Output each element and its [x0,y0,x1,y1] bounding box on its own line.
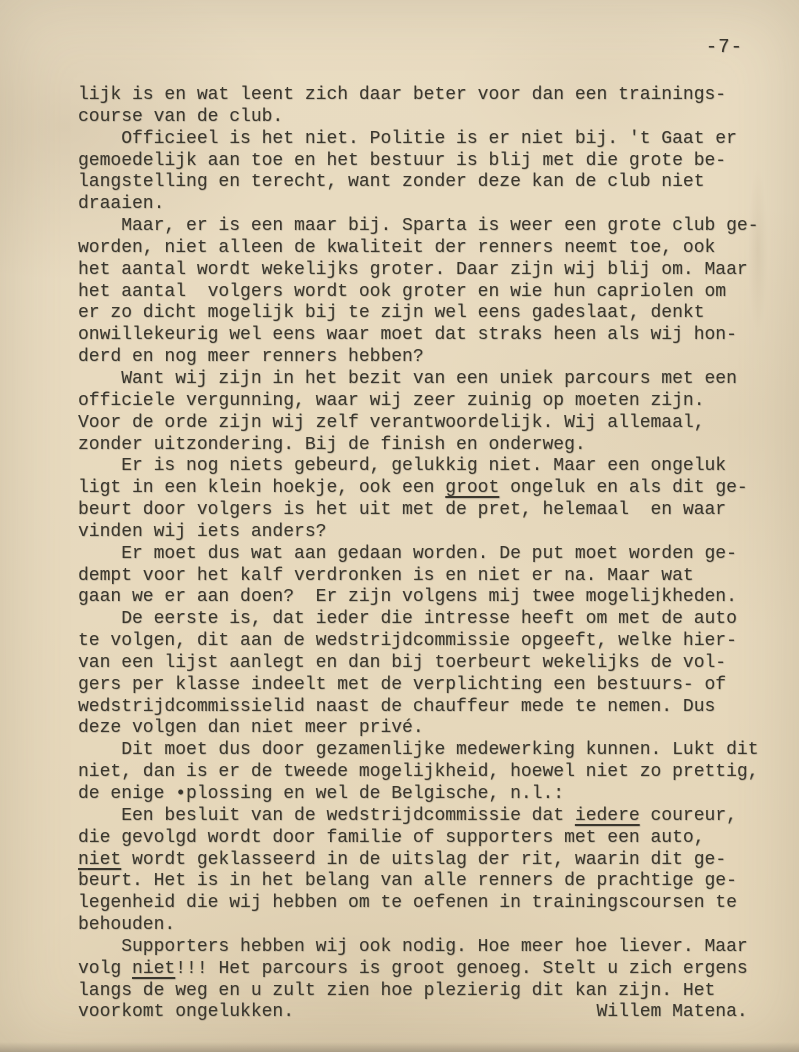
text-segment: van een lijst aanlegt en dan bij toerbeu… [78,653,726,673]
text-line: Want wij zijn in het bezit van een uniek… [78,369,778,391]
text-line: gaan we er aan doen? Er zijn volgens mij… [78,587,778,609]
document-page: -7- lijk is en wat leent zich daar beter… [0,0,799,1052]
text-line: van een lijst aanlegt en dan bij toerbeu… [78,653,778,675]
underlined-word: groot [445,478,499,498]
text-segment: Voor de orde zijn wij zelf verantwoordel… [78,413,705,433]
text-segment: voorkomt ongelukken. Willem Matena. [78,1002,748,1022]
text-segment: Want wij zijn in het bezit van een uniek… [78,369,737,389]
text-segment: Officieel is het niet. Politie is er nie… [78,129,737,149]
text-segment: !!! Het parcours is groot genoeg. Stelt … [175,959,748,979]
text-line: die gevolgd wordt door familie of suppor… [78,828,778,850]
text-segment: beurt door volgers is het uit met de pre… [78,500,726,520]
text-segment: onwillekeurig wel eens waar moet dat str… [78,325,737,345]
text-line: gemoedelijk aan toe en het bestuur is bl… [78,151,778,173]
text-line: Officieel is het niet. Politie is er nie… [78,129,778,151]
text-segment: dempt voor het kalf verdronken is en nie… [78,566,694,586]
text-segment: het aantal volgers wordt ook groter en w… [78,282,726,302]
text-segment: gaan we er aan doen? Er zijn volgens mij… [78,587,737,607]
text-line: langs de weg en u zult zien hoe plezieri… [78,981,778,1003]
text-segment: worden, niet alleen de kwaliteit der ren… [78,238,715,258]
text-block: lijk is en wat leent zich daar beter voo… [78,85,778,1024]
text-segment: Maar, er is een maar bij. Sparta is weer… [78,216,759,236]
text-line: Maar, er is een maar bij. Sparta is weer… [78,216,778,238]
text-line: Dit moet dus door gezamenlijke medewerki… [78,740,778,762]
text-segment: zonder uitzondering. Bij de finish en on… [78,435,586,455]
text-line: ligt in een klein hoekje, ook een groot … [78,478,778,500]
page-number: -7- [706,36,743,58]
text-line: beurt door volgers is het uit met de pre… [78,500,778,522]
text-segment: ongeluk en als dit ge- [499,478,747,498]
text-line: behouden. [78,915,778,937]
text-line: volg niet!!! Het parcours is groot genoe… [78,959,778,981]
text-segment: legenheid die wij hebben om te oefenen i… [78,893,737,913]
text-segment: te volgen, dit aan de wedstrijdcommissie… [78,631,737,651]
text-segment: beurt. Het is in het belang van alle ren… [78,871,737,891]
text-segment: wedstrijdcommissielid naast de chauffeur… [78,697,715,717]
text-segment: Dit moet dus door gezamenlijke medewerki… [78,740,759,760]
text-line: draaien. [78,194,778,216]
text-segment: derd en nog meer renners hebben? [78,347,424,367]
text-line: De eerste is, dat ieder die intresse hee… [78,609,778,631]
text-line: vinden wij iets anders? [78,522,778,544]
text-segment: de enige •plossing en wel de Belgische, … [78,784,564,804]
text-line: te volgen, dit aan de wedstrijdcommissie… [78,631,778,653]
text-segment: gemoedelijk aan toe en het bestuur is bl… [78,151,726,171]
text-line: beurt. Het is in het belang van alle ren… [78,871,778,893]
text-line: het aantal volgers wordt ook groter en w… [78,282,778,304]
text-line: onwillekeurig wel eens waar moet dat str… [78,325,778,347]
text-line: het aantal wordt wekelijks groter. Daar … [78,260,778,282]
text-segment: Er is nog niets gebeurd, gelukkig niet. … [78,456,726,476]
text-line: gers per klasse indeelt met de verplicht… [78,675,778,697]
text-segment: ligt in een klein hoekje, ook een [78,478,445,498]
text-segment: Supporters hebben wij ook nodig. Hoe mee… [78,937,748,957]
text-line: de enige •plossing en wel de Belgische, … [78,784,778,806]
text-line: officiele vergunning, waar wij zeer zuin… [78,391,778,413]
text-line: legenheid die wij hebben om te oefenen i… [78,893,778,915]
text-line: Supporters hebben wij ook nodig. Hoe mee… [78,937,778,959]
text-line: derd en nog meer renners hebben? [78,347,778,369]
text-segment: coureur, [640,806,737,826]
text-segment: vinden wij iets anders? [78,522,326,542]
underlined-word: iedere [575,806,640,826]
text-segment: course van de club. [78,107,283,127]
text-segment: volg [78,959,132,979]
text-line: lijk is en wat leent zich daar beter voo… [78,85,778,107]
text-line: niet wordt geklasseerd in de uitslag der… [78,850,778,872]
text-segment: lijk is en wat leent zich daar beter voo… [78,85,726,105]
text-segment: deze volgen dan niet meer privé. [78,718,424,738]
text-segment: er zo dicht mogelijk bij te zijn wel een… [78,303,705,323]
text-segment: behouden. [78,915,175,935]
underlined-word: niet [78,850,121,870]
text-segment: officiele vergunning, waar wij zeer zuin… [78,391,705,411]
text-line: Er is nog niets gebeurd, gelukkig niet. … [78,456,778,478]
text-segment: langs de weg en u zult zien hoe plezieri… [78,981,715,1001]
text-line: deze volgen dan niet meer privé. [78,718,778,740]
text-line: niet, dan is er de tweede mogelijkheid, … [78,762,778,784]
text-line: zonder uitzondering. Bij de finish en on… [78,435,778,457]
text-line: dempt voor het kalf verdronken is en nie… [78,566,778,588]
text-line: Voor de orde zijn wij zelf verantwoordel… [78,413,778,435]
text-line: worden, niet alleen de kwaliteit der ren… [78,238,778,260]
text-line: Er moet dus wat aan gedaan worden. De pu… [78,544,778,566]
text-segment: die gevolgd wordt door familie of suppor… [78,828,705,848]
text-line: wedstrijdcommissielid naast de chauffeur… [78,697,778,719]
text-line: er zo dicht mogelijk bij te zijn wel een… [78,303,778,325]
text-line: course van de club. [78,107,778,129]
text-segment: Er moet dus wat aan gedaan worden. De pu… [78,544,737,564]
underlined-word: niet [132,959,175,979]
text-segment: wordt geklasseerd in de uitslag der rit,… [121,850,726,870]
text-line: Een besluit van de wedstrijdcommissie da… [78,806,778,828]
text-line: langstelling en terecht, want zonder dez… [78,172,778,194]
text-segment: draaien. [78,194,164,214]
text-segment: gers per klasse indeelt met de verplicht… [78,675,726,695]
text-segment: langstelling en terecht, want zonder dez… [78,172,705,192]
text-segment: het aantal wordt wekelijks groter. Daar … [78,260,748,280]
text-segment: De eerste is, dat ieder die intresse hee… [78,609,737,629]
text-line: voorkomt ongelukken. Willem Matena. [78,1002,778,1024]
text-segment: niet, dan is er de tweede mogelijkheid, … [78,762,759,782]
text-segment: Een besluit van de wedstrijdcommissie da… [78,806,575,826]
